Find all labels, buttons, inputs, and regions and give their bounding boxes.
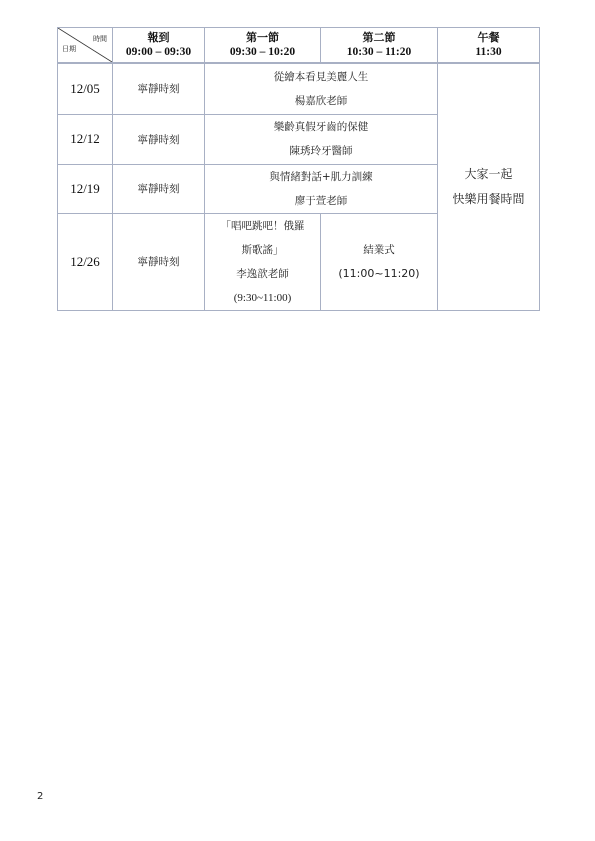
session-cell: 從繪本看見美麗人生 楊嘉欣老師 [205, 63, 438, 114]
column-title: 午餐 [438, 30, 539, 45]
session-speaker: 陳琇玲牙醫師 [205, 139, 437, 163]
session-speaker: 李逸歆老師 [205, 262, 320, 286]
header-row: 時間 日期 報到 09:00 – 09:30 第一節 09:30 – 10:20… [58, 28, 540, 64]
session-title: 與情緒對話+肌力訓練 [205, 165, 437, 189]
date-cell: 12/26 [58, 213, 113, 310]
column-header-lunch: 午餐 11:30 [438, 28, 540, 64]
lunch-line-1: 大家一起 [438, 162, 539, 187]
session-title: 從繪本看見美麗人生 [205, 65, 437, 89]
session1-cell: 「唱吧跳吧！俄羅 斯歌謠」 李逸歆老師 (9:30~11:00) [205, 213, 321, 310]
lunch-line-2: 快樂用餐時間 [438, 187, 539, 212]
session-title: 樂齡真假牙齒的保健 [205, 115, 437, 139]
column-title: 第二節 [321, 30, 437, 45]
date-cell: 12/05 [58, 63, 113, 114]
column-header-session2: 第二節 10:30 – 11:20 [321, 28, 438, 64]
schedule-table: 時間 日期 報到 09:00 – 09:30 第一節 09:30 – 10:20… [57, 27, 540, 311]
session-title-line-1: 「唱吧跳吧！俄羅 [205, 214, 320, 238]
time-axis-label: 時間 [93, 34, 107, 44]
date-cell: 12/19 [58, 164, 113, 213]
session-speaker: 楊嘉欣老師 [205, 89, 437, 113]
session-title-line-2: 斯歌謠」 [205, 238, 320, 262]
document-page: 時間 日期 報到 09:00 – 09:30 第一節 09:30 – 10:20… [0, 0, 595, 841]
column-time: 10:30 – 11:20 [321, 45, 437, 60]
date-cell: 12/12 [58, 114, 113, 164]
corner-header-cell: 時間 日期 [58, 28, 113, 64]
checkin-cell: 寧靜時刻 [113, 213, 205, 310]
date-axis-label: 日期 [62, 44, 76, 54]
column-time: 09:00 – 09:30 [113, 45, 204, 60]
table-row: 12/05 寧靜時刻 從繪本看見美麗人生 楊嘉欣老師 大家一起 快樂用餐時間 [58, 63, 540, 114]
column-time: 11:30 [438, 45, 539, 60]
page-number: 2 [37, 791, 43, 802]
session-speaker: 廖于萱老師 [205, 189, 437, 213]
session-time: (9:30~11:00) [205, 286, 320, 310]
column-title: 報到 [113, 30, 204, 45]
session2-cell: 結業式 (11:00~11:20) [321, 213, 438, 310]
column-title: 第一節 [205, 30, 320, 45]
lunch-cell: 大家一起 快樂用餐時間 [438, 63, 540, 310]
checkin-cell: 寧靜時刻 [113, 164, 205, 213]
session-cell: 與情緒對話+肌力訓練 廖于萱老師 [205, 164, 438, 213]
closing-ceremony-time: (11:00~11:20) [321, 262, 437, 286]
column-time: 09:30 – 10:20 [205, 45, 320, 60]
checkin-cell: 寧靜時刻 [113, 114, 205, 164]
session-cell: 樂齡真假牙齒的保健 陳琇玲牙醫師 [205, 114, 438, 164]
closing-ceremony-title: 結業式 [321, 238, 437, 262]
column-header-checkin: 報到 09:00 – 09:30 [113, 28, 205, 64]
checkin-cell: 寧靜時刻 [113, 63, 205, 114]
column-header-session1: 第一節 09:30 – 10:20 [205, 28, 321, 64]
